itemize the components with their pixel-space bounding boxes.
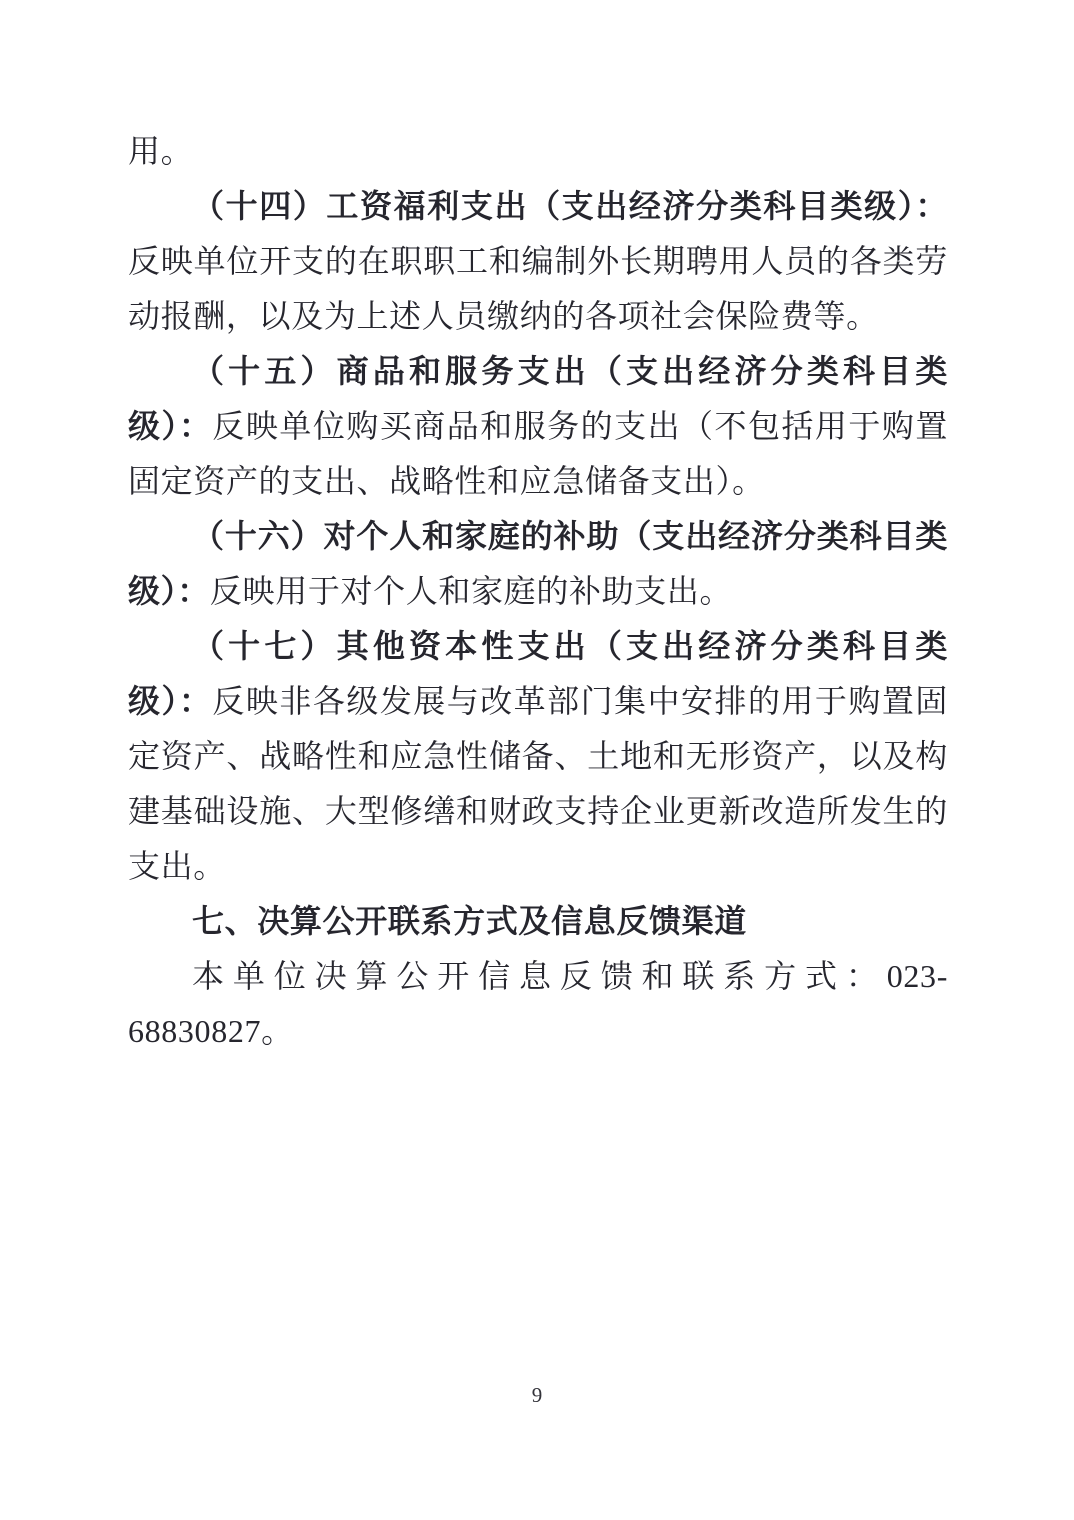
contact-paragraph: 本单位决算公开信息反馈和联系方式：023-68830827。 xyxy=(128,949,948,1059)
paragraph-14-heading: （十四）工资福利支出（支出经济分类科目类级）： xyxy=(192,188,948,224)
document-content: 用。 （十四）工资福利支出（支出经济分类科目类级）：反映单位开支的在职职工和编制… xyxy=(128,124,948,1059)
document-page: 用。 （十四）工资福利支出（支出经济分类科目类级）：反映单位开支的在职职工和编制… xyxy=(0,0,1074,1520)
paragraph-17-body: 反映非各级发展与改革部门集中安排的用于购置固定资产、战略性和应急性储备、土地和无… xyxy=(128,683,948,884)
paragraph-item-16: （十六）对个人和家庭的补助（支出经济分类科目类级）：反映用于对个人和家庭的补助支… xyxy=(128,509,948,619)
paragraph-16-body: 反映用于对个人和家庭的补助支出。 xyxy=(210,573,732,609)
page-number: 9 xyxy=(0,1380,1074,1410)
section-heading-7: 七、决算公开联系方式及信息反馈渠道 xyxy=(128,894,948,949)
carryover-line: 用。 xyxy=(128,124,948,179)
paragraph-item-15: （十五）商品和服务支出（支出经济分类科目类级）：反映单位购买商品和服务的支出（不… xyxy=(128,344,948,509)
paragraph-14-body: 反映单位开支的在职职工和编制外长期聘用人员的各类劳动报酬，以及为上述人员缴纳的各… xyxy=(128,243,948,334)
paragraph-item-17: （十七）其他资本性支出（支出经济分类科目类级）：反映非各级发展与改革部门集中安排… xyxy=(128,619,948,894)
paragraph-item-14: （十四）工资福利支出（支出经济分类科目类级）：反映单位开支的在职职工和编制外长期… xyxy=(128,179,948,344)
paragraph-15-body: 反映单位购买商品和服务的支出（不包括用于购置固定资产的支出、战略性和应急储备支出… xyxy=(128,408,948,499)
